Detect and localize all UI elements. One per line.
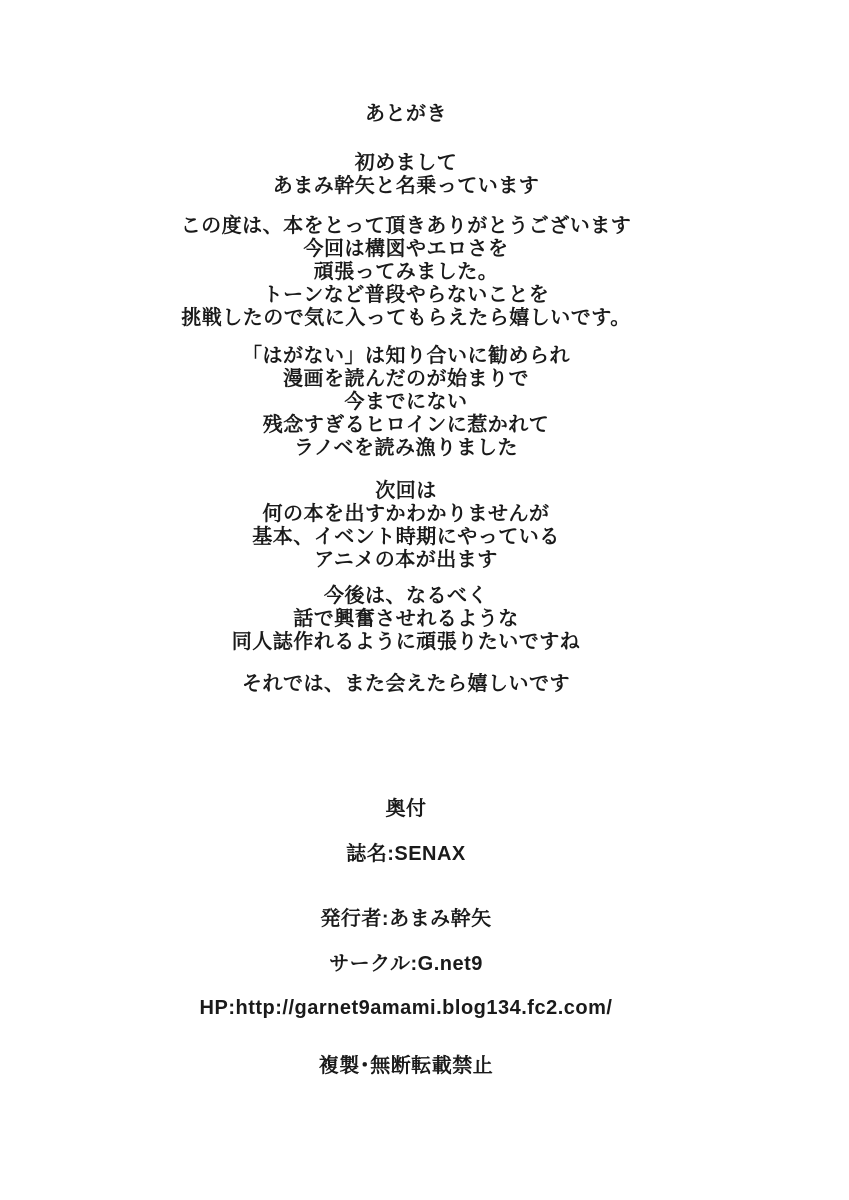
afterword-line: 今後は、なるべく: [0, 585, 812, 608]
afterword-title: あとがき: [0, 103, 812, 126]
afterword-line: 残念すぎるヒロインに惹かれて: [0, 414, 812, 437]
afterword-line: ラノベを読み漁りました: [0, 437, 812, 460]
afterword-line: 初めまして: [0, 152, 812, 175]
afterword-line: 漫画を読んだのが始まりで: [0, 368, 812, 391]
afterword-line: 基本、イベント時期にやっている: [0, 526, 812, 549]
afterword-line: 挑戦したので気に入ってもらえたら嬉しいです。: [0, 307, 812, 330]
afterword-line: それでは、また会えたら嬉しいです: [0, 673, 812, 696]
afterword-line: 話で興奮させれるような: [0, 608, 812, 631]
homepage-url: HP:http://garnet9amami.blog134.fc2.com/: [0, 997, 812, 1020]
afterword-line: アニメの本が出ます: [0, 549, 812, 572]
afterword-line: あまみ幹矢と名乗っています: [0, 175, 812, 198]
afterword-line: 何の本を出すかわかりませんが: [0, 503, 812, 526]
afterword-paragraph: 今後は、なるべく 話で興奮させれるような 同人誌作れるように頑張りたいですね: [0, 585, 812, 654]
afterword-line: 次回は: [0, 480, 812, 503]
afterword-content: あとがき 初めまして あまみ幹矢と名乗っています この度は、本をとって頂きありが…: [0, 0, 812, 1078]
afterword-line: 今までにない: [0, 391, 812, 414]
afterword-paragraph: この度は、本をとって頂きありがとうございます 今回は構図やエロさを 頑張ってみま…: [0, 215, 812, 330]
afterword-line: 頑張ってみました。: [0, 261, 812, 284]
afterword-line: 今回は構図やエロさを: [0, 238, 812, 261]
copyright-notice: 複製･無断転載禁止: [0, 1055, 812, 1078]
afterword-line: この度は、本をとって頂きありがとうございます: [0, 215, 812, 238]
afterword-paragraph: 次回は 何の本を出すかわかりませんが 基本、イベント時期にやっている アニメの本…: [0, 480, 812, 572]
afterword-line: トーンなど普段やらないことを: [0, 284, 812, 307]
afterword-paragraph: 「はがない」は知り合いに勧められ 漫画を読んだのが始まりで 今までにない 残念す…: [0, 345, 812, 460]
afterword-page: あとがき 初めまして あまみ幹矢と名乗っています この度は、本をとって頂きありが…: [0, 0, 849, 1200]
colophon-heading: 奥付: [0, 798, 812, 821]
circle-line: サークル:G.net9: [0, 953, 812, 976]
publisher-line: 発行者:あまみ幹矢: [0, 908, 812, 931]
afterword-line: 同人誌作れるように頑張りたいですね: [0, 631, 812, 654]
afterword-paragraph: それでは、また会えたら嬉しいです: [0, 673, 812, 696]
afterword-line: 「はがない」は知り合いに勧められ: [0, 345, 812, 368]
afterword-paragraph: 初めまして あまみ幹矢と名乗っています: [0, 152, 812, 198]
magazine-title-line: 誌名:SENAX: [0, 843, 812, 866]
